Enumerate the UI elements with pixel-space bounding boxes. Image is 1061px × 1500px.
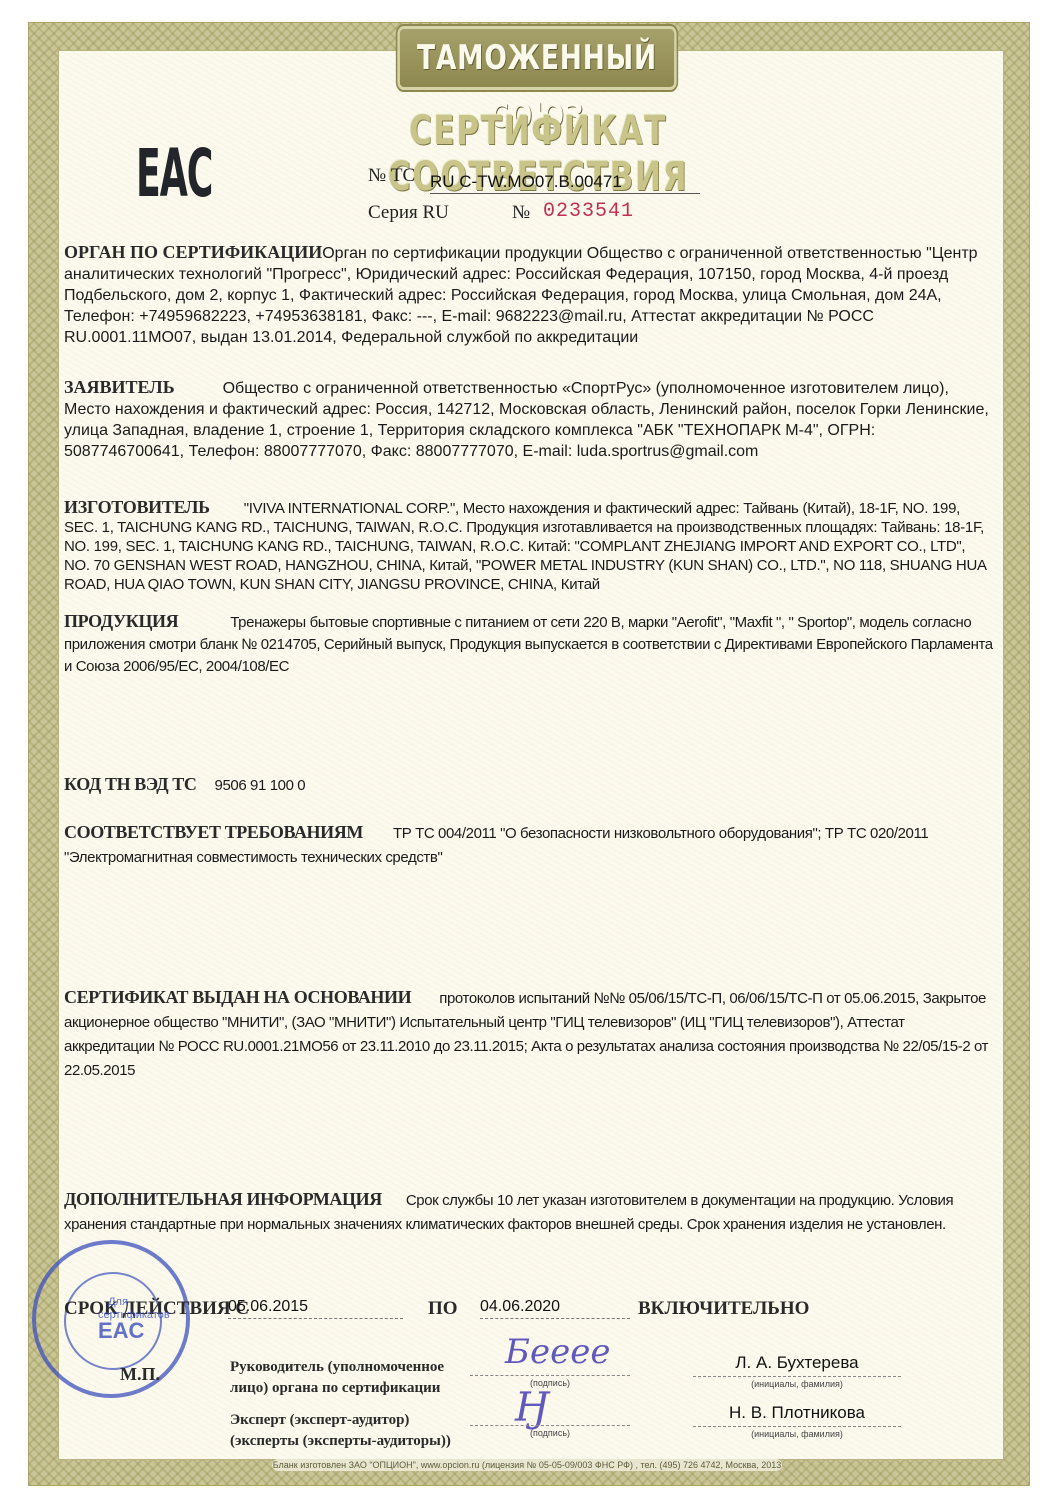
series-number-label: № [512, 202, 530, 224]
certificate-number: RU C-TW.MO07.B.00471 [430, 172, 700, 194]
section-product: ПРОДУКЦИЯТренажеры бытовые спортивные с … [64, 610, 994, 678]
section-tn-ved-code: КОД ТН ВЭД ТС9506 91 100 0 [64, 774, 994, 796]
head-name-line [693, 1376, 901, 1377]
section-label: СООТВЕТСТВУЕТ ТРЕБОВАНИЯМ [64, 822, 363, 842]
expert-signatory-label: Эксперт (эксперт-аудитор) (эксперты (экс… [230, 1410, 480, 1452]
section-label: ПРОДУКЦИЯ [64, 611, 178, 631]
head-name: Л. А. Бухтерева [693, 1353, 901, 1373]
section-manufacturer: ИЗГОТОВИТЕЛЬ"IVIVA INTERNATIONAL CORP.",… [64, 498, 994, 594]
eac-logo-icon: EAC [136, 135, 212, 212]
series-label: Серия RU [368, 202, 449, 224]
head-signature: Бееее [505, 1332, 610, 1372]
section-label: СЕРТИФИКАТ ВЫДАН НА ОСНОВАНИИ [64, 987, 411, 1007]
head-name-caption: (инициалы, фамилия) [693, 1379, 901, 1389]
expert-signature-line [470, 1425, 630, 1426]
section-label: ИЗГОТОВИТЕЛЬ [64, 497, 210, 517]
customs-union-title: ТАМОЖЕННЫЙ СОЮЗ [397, 26, 676, 90]
section-additional-info: ДОПОЛНИТЕЛЬНАЯ ИНФОРМАЦИЯСрок службы 10 … [64, 1187, 994, 1237]
validity-to-label: ПО [428, 1298, 458, 1320]
section-label: ЗАЯВИТЕЛЬ [64, 377, 175, 397]
validity-date-from: 05.06.2015 [228, 1298, 403, 1319]
expert-signature-caption: (подпись) [470, 1428, 630, 1438]
section-certification-body: ОРГАН ПО СЕРТИФИКАЦИИОрган по сертификац… [64, 242, 994, 348]
section-issued-basis: СЕРТИФИКАТ ВЫДАН НА ОСНОВАНИИпротоколов … [64, 985, 994, 1083]
printer-footer-note: Бланк изготовлен ЗАО "ОПЦИОН", www.opcio… [272, 1459, 782, 1471]
expert-name-caption: (инициалы, фамилия) [693, 1429, 901, 1439]
stamp-eac-icon: EAC [98, 1324, 138, 1337]
stamp-place-label: М.П. [120, 1364, 160, 1385]
section-text: 9506 91 100 0 [215, 777, 306, 794]
section-applicant: ЗАЯВИТЕЛЬОбщество с ограниченной ответст… [64, 377, 994, 462]
section-label: КОД ТН ВЭД ТС [64, 774, 197, 794]
head-signatory-label: Руководитель (уполномоченное лицо) орган… [230, 1357, 470, 1399]
certification-stamp: Для сертификатов EAC [32, 1240, 190, 1398]
stamp-center: Для сертификатов EAC [98, 1296, 138, 1337]
validity-inclusive-label: ВКЛЮЧИТЕЛЬНО [638, 1298, 809, 1320]
certificate-number-label: № ТС [368, 165, 415, 187]
expert-name: Н. В. Плотникова [693, 1403, 901, 1423]
section-label: ДОПОЛНИТЕЛЬНАЯ ИНФОРМАЦИЯ [64, 1189, 382, 1209]
section-compliance: СООТВЕТСТВУЕТ ТРЕБОВАНИЯМТР ТС 004/2011 … [64, 820, 994, 870]
section-label: ОРГАН ПО СЕРТИФИКАЦИИ [64, 242, 322, 262]
section-text: Тренажеры бытовые спортивные с питанием … [64, 614, 993, 675]
head-signature-line [470, 1375, 630, 1376]
expert-name-line [693, 1426, 901, 1427]
head-signature-caption: (подпись) [470, 1378, 630, 1388]
series-number: 0233541 [543, 200, 634, 223]
section-text: Общество с ограниченной ответственностью… [64, 380, 989, 460]
validity-date-to: 04.06.2020 [480, 1298, 630, 1319]
